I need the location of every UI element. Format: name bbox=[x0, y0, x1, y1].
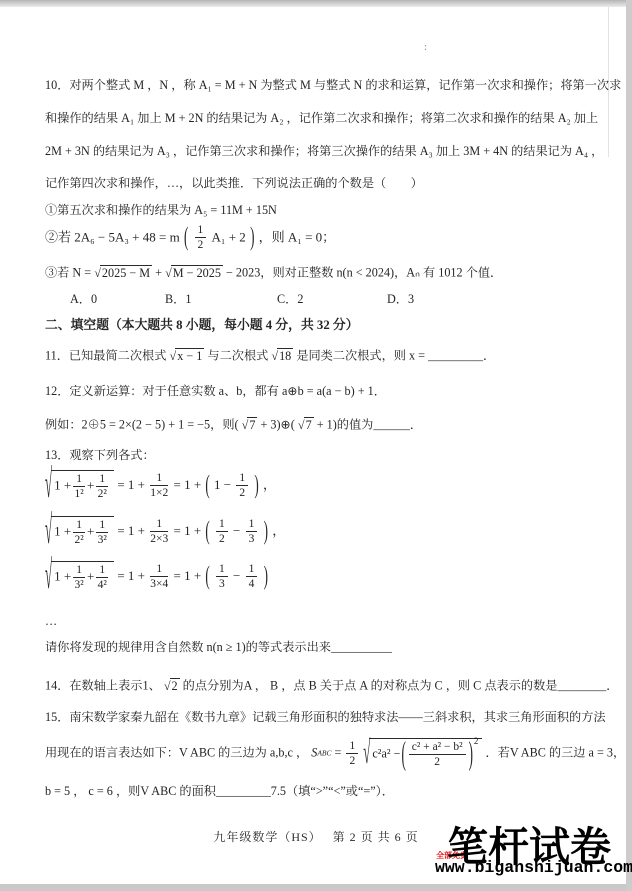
q13-rule-line: 请你将发现的规律用含自然数 n(n ≥ 1)的等式表示出来__________ bbox=[45, 640, 392, 655]
radical: √x − 1 bbox=[169, 348, 204, 364]
math-text: 与二次根式 bbox=[207, 349, 268, 363]
left-paren: ( bbox=[205, 559, 209, 592]
radical: √c²a² −(c² + a² − b²2)2 bbox=[363, 738, 482, 768]
fraction: 11×2 bbox=[150, 472, 168, 499]
q12-line-1: 12．定义新运算：对于任意实数 a、b，都有 a⊕b = a(a − b) + … bbox=[45, 384, 386, 399]
math-text: + bbox=[87, 478, 94, 493]
fraction: 12×3 bbox=[150, 518, 168, 545]
sqrt-sign: √ bbox=[45, 551, 52, 601]
right-paren: ) bbox=[264, 514, 268, 547]
section-2-header: 二、填空题（本大题共 8 小题，每小题 4 分，共 32 分） bbox=[45, 318, 359, 334]
math-text: + bbox=[87, 524, 94, 539]
math-text: A₁ + 2 bbox=[212, 229, 246, 244]
q13-equation-1: √1 +11²+12² = 1 + 11×2 = 1 + ( 1 − 12 ) … bbox=[45, 470, 276, 500]
math-text: 14．在数轴上表示1、 bbox=[45, 679, 161, 693]
q12-line-2: 例如：2⊕5 = 2×(2 − 5) + 1 = −5，则( √7 + 3)⊕(… bbox=[45, 417, 422, 433]
page-top-edge bbox=[0, 0, 632, 7]
radical: √M − 2025 bbox=[165, 265, 223, 281]
math-text: ．若V ABC 的三边 a = 3， bbox=[485, 745, 625, 759]
radical: √1 +13²+14² bbox=[45, 561, 114, 591]
math-text: + 1)的值为______． bbox=[317, 418, 422, 432]
left-paren: ( bbox=[205, 514, 209, 547]
q10-line-4: 记作第四次求和操作，…，以此类推．下列说法正确的个数是（ ） bbox=[45, 176, 423, 191]
math-text: 1 + bbox=[54, 569, 71, 584]
fraction: 13×4 bbox=[150, 563, 168, 590]
fraction: 13 bbox=[216, 563, 228, 590]
fraction: 13² bbox=[96, 519, 108, 546]
area-subscript: ABC bbox=[317, 748, 331, 757]
exam-paper-page: { "sym": {"sqrt": "√", "lp": "(", "rp": … bbox=[0, 0, 632, 891]
math-text: = 1 + bbox=[174, 523, 202, 538]
q14-line: 14．在数轴上表示1、 √2 的点分别为A ， B ，点 B 关于点 A 的对称… bbox=[45, 678, 618, 694]
page-bottom-edge bbox=[0, 884, 632, 891]
header-colon-mark: : bbox=[424, 41, 427, 53]
right-paren: ) bbox=[469, 734, 473, 775]
option-c: C．2 bbox=[277, 292, 303, 307]
q15-line-1: 15．南宋数学家秦九韶在《数书九章》记载三角形面积的独特求法——三斜求积，其求三… bbox=[45, 710, 606, 725]
math-text: ， bbox=[272, 523, 285, 538]
math-text: 用现在的语言表达如下：V ABC 的三边为 a,b,c ， bbox=[45, 745, 308, 759]
squared-exponent: 2 bbox=[474, 736, 479, 747]
q11-line: 11．已知最简二次根式 √x − 1 与二次根式 √18 是同类二次根式，则 x… bbox=[45, 348, 495, 364]
q13-label: 13．观察下列各式： bbox=[45, 448, 155, 463]
math-text: = 1 + bbox=[117, 568, 145, 583]
math-text: c²a² − bbox=[372, 746, 400, 760]
q10-line-1: 10．对两个整式 M ，N ，称 A₁ = M + N 为整式 M 与整式 N … bbox=[45, 78, 621, 93]
fraction: 12 bbox=[346, 740, 358, 767]
math-text: = bbox=[335, 745, 342, 759]
q15-line-2: 用现在的语言表达如下：V ABC 的三边为 a,b,c ， SABC = 12 … bbox=[45, 738, 625, 768]
option-b: B．1 bbox=[165, 292, 191, 307]
q13-equation-3: √1 +13²+14² = 1 + 13×4 = 1 + ( 13 − 14 ) bbox=[45, 561, 269, 591]
math-text: ③若 N = bbox=[45, 266, 91, 280]
sqrt-sign: √ bbox=[45, 506, 52, 556]
radical: √2 bbox=[164, 678, 180, 694]
radical: √1 +12²+13² bbox=[45, 516, 114, 546]
math-text: − bbox=[233, 568, 240, 583]
left-paren: ( bbox=[184, 221, 188, 254]
radical: √7 bbox=[298, 417, 314, 433]
sqrt-sign: √ bbox=[45, 460, 52, 510]
q10-statement-1: ①第五次求和操作的结果为 A₅ = 11M + 15N bbox=[45, 203, 277, 218]
math-text: − 2023，则对正整数 n(n < 2024)，Aₙ 有 1012 个值． bbox=[226, 266, 502, 280]
fraction: c² + a² − b²2 bbox=[409, 741, 466, 768]
math-text: + bbox=[155, 266, 162, 280]
math-text: − bbox=[233, 523, 240, 538]
fraction: 11² bbox=[73, 473, 85, 500]
fraction: 14 bbox=[246, 563, 258, 590]
math-text: + bbox=[87, 569, 94, 584]
radical: √18 bbox=[271, 348, 293, 364]
math-text: 1 + bbox=[54, 524, 71, 539]
radical: √2025 − M bbox=[94, 265, 152, 281]
fraction: 12² bbox=[73, 519, 85, 546]
math-text: 例如：2⊕5 = 2×(2 − 5) + 1 = −5，则( bbox=[45, 418, 239, 432]
fraction: 14² bbox=[96, 564, 108, 591]
radical: √7 bbox=[242, 417, 258, 433]
math-text: ，则 A₁ = 0； bbox=[259, 229, 336, 244]
q13-ellipsis: … bbox=[45, 614, 57, 629]
math-text: 1 + bbox=[54, 478, 71, 493]
right-paren: ) bbox=[254, 468, 258, 501]
q15-line-3: b = 5 ， c = 6 ，则V ABC 的面积_________7.5（填“… bbox=[45, 784, 394, 799]
left-paren: ( bbox=[401, 734, 405, 775]
page-right-edge bbox=[626, 0, 632, 891]
math-text: ， bbox=[263, 477, 276, 492]
fraction: 13² bbox=[73, 564, 85, 591]
math-text: ②若 2A₆ − 5A₃ + 48 = m bbox=[45, 229, 180, 244]
option-a: A．0 bbox=[70, 292, 97, 307]
right-paren: ) bbox=[250, 221, 254, 254]
math-text: 是同类二次根式，则 x = _________． bbox=[296, 349, 495, 363]
q10-line-2: 和操作的结果 A₁ 加上 M + 2N 的结果记为 A₂ ，记作第二次求和操作；… bbox=[45, 111, 598, 126]
left-paren: ( bbox=[205, 468, 209, 501]
fraction: 12² bbox=[96, 473, 108, 500]
right-paren: ) bbox=[264, 559, 268, 592]
math-text: = 1 + bbox=[117, 523, 145, 538]
math-text: 11．已知最简二次根式 bbox=[45, 349, 166, 363]
q13-equation-2: √1 +12²+13² = 1 + 12×3 = 1 + ( 12 − 13 )… bbox=[45, 516, 285, 546]
math-text: 1 − bbox=[214, 477, 231, 492]
option-d: D．3 bbox=[387, 292, 414, 307]
q10-line-3: 2M + 3N 的结果记为 A₃ ，记作第三次求和操作；将第三次操作的结果 A₃… bbox=[45, 144, 603, 159]
math-text: = 1 + bbox=[117, 477, 145, 492]
sqrt-sign: √ bbox=[363, 733, 370, 774]
q10-statement-2: ②若 2A₆ − 5A₃ + 48 = m ( 12 A₁ + 2 ) ，则 A… bbox=[45, 224, 335, 251]
watermark-url: www.biganshijuan.com bbox=[435, 858, 632, 877]
math-text: + 3)⊕( bbox=[260, 418, 294, 432]
fraction: 13 bbox=[246, 518, 258, 545]
fraction: 12 bbox=[216, 518, 228, 545]
fraction: 12 bbox=[236, 472, 248, 499]
q10-statement-3: ③若 N = √2025 − M + √M − 2025 − 2023，则对正整… bbox=[45, 265, 502, 281]
math-text: 的点分别为A ， B ，点 B 关于点 A 的对称点为 C ，则 C 点表示的数… bbox=[183, 679, 619, 693]
math-text: = 1 + bbox=[174, 477, 202, 492]
fraction: 12 bbox=[195, 224, 207, 251]
radical: √1 +11²+12² bbox=[45, 470, 114, 500]
math-text: = 1 + bbox=[174, 568, 202, 583]
